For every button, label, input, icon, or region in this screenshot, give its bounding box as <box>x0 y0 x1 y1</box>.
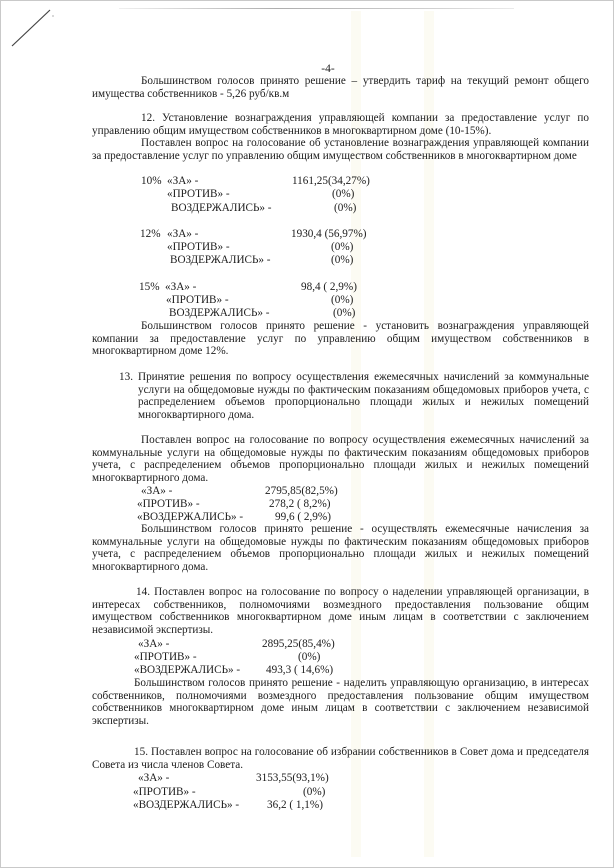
vote-abstain-label: «ВОЗДЕРЖАЛИСЬ» - <box>134 664 240 676</box>
vote-for-label: «ЗА» - <box>138 772 169 784</box>
item13-number: 13. <box>119 371 133 384</box>
vote-abstain-value: 99,6 ( 2,9%) <box>275 511 331 523</box>
vote-for-label: «ЗА» - <box>167 175 198 187</box>
document-page: -4- Большинством голосов принято решение… <box>0 0 614 868</box>
item14-decision: Большинством голосов принято решение - н… <box>92 677 589 727</box>
vote-abstain-label: «ВОЗДЕРЖАЛИСЬ» - <box>133 799 239 810</box>
vote-abstain-label: ВОЗДЕРЖАЛИСЬ» - <box>169 307 270 319</box>
vote-against-value: (0%) <box>331 294 353 306</box>
vote-for-value: 98,4 ( 2,9%) <box>301 281 357 293</box>
vote-abstain-label: «ВОЗДЕРЖАЛИСЬ» - <box>137 511 243 523</box>
vote-against-value: 278,2 ( 8,2%) <box>269 498 331 510</box>
item12-decision: Большинством голосов принято решение - у… <box>92 320 589 358</box>
vote-against-value: (0%) <box>298 651 320 663</box>
item15-question: 15. Поставлен вопрос на голосование об и… <box>92 746 589 771</box>
scan-artifact-line <box>119 8 514 9</box>
vote-for-value: 2795,85(82,5%) <box>265 485 338 497</box>
item12-heading: 12. Установление вознаграждения управляю… <box>92 112 589 137</box>
item14-question: 14. Поставлен вопрос на голосование по в… <box>92 586 589 636</box>
vote-for-label: «ЗА» - <box>167 228 198 240</box>
pen-stroke-mark <box>9 6 55 50</box>
vote-against-value: (0%) <box>303 786 325 798</box>
vote-abstain-value: (0%) <box>331 254 353 266</box>
vote-for-value: 3153,55(93,1%) <box>256 772 329 784</box>
vote-abstain-value: 36,2 ( 1,1%) <box>267 799 323 810</box>
vote-abstain-value: 493,3 ( 14,6%) <box>266 664 333 676</box>
vote-against-label: «ПРОТИВ» - <box>133 786 196 798</box>
page-number: -4- <box>1 63 613 75</box>
item12-question: Поставлен вопрос на голосование об устан… <box>92 137 589 162</box>
intro-decision: Большинством голосов принято решение – у… <box>92 75 589 100</box>
item13-heading: Принятие решения по вопросу осуществлени… <box>138 371 589 421</box>
vote-against-label: «ПРОТИВ» - <box>167 241 230 253</box>
vote-against-label: «ПРОТИВ» - <box>167 188 230 200</box>
vote-against-value: (0%) <box>332 188 354 200</box>
vote-for-value: 2895,25(85,4%) <box>262 638 335 650</box>
vote-against-label: «ПРОТИВ» - <box>137 498 200 510</box>
vote-abstain-label: ВОЗДЕРЖАЛИСЬ» - <box>170 254 271 266</box>
vote-for-label: «ЗА» - <box>141 485 172 497</box>
vote-for-label: «ЗА» - <box>165 281 196 293</box>
vote-against-label: «ПРОТИВ» - <box>134 651 197 663</box>
vote-abstain-label: ВОЗДЕРЖАЛИСЬ» - <box>171 202 272 214</box>
vote-for-label: «ЗА» - <box>138 638 169 650</box>
item13-decision: Большинством голосов принято решение - о… <box>92 523 589 573</box>
rate-label: 12% <box>140 228 161 240</box>
vote-abstain-value: (0%) <box>333 307 355 319</box>
vote-for-value: 1930,4 (56,97%) <box>291 228 367 240</box>
item13-question: Поставлен вопрос на голосование по вопро… <box>92 434 589 484</box>
vote-against-value: (0%) <box>331 241 353 253</box>
rate-label: 15% <box>139 281 160 293</box>
vote-against-label: «ПРОТИВ» - <box>166 294 229 306</box>
vote-abstain-value: (0%) <box>334 202 356 214</box>
rate-label: 10% <box>141 175 162 187</box>
vote-for-value: 1161,25(34,27%) <box>292 175 370 187</box>
